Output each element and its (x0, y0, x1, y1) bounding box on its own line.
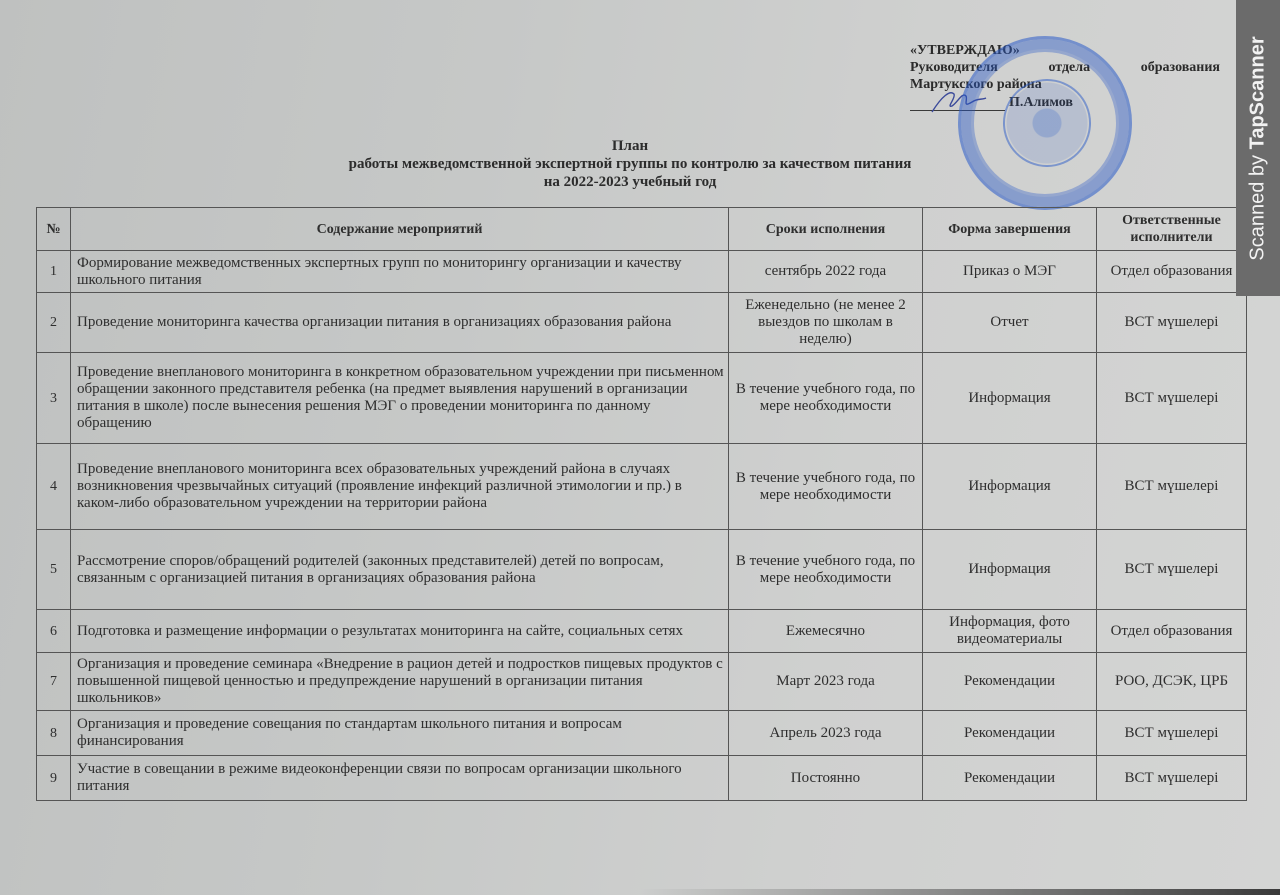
row-number: 1 (37, 251, 71, 293)
row-term: Постоянно (729, 756, 923, 801)
table-row: 1Формирование межведомственных экспертны… (37, 251, 1247, 293)
table-row: 2Проведение мониторинга качества организ… (37, 293, 1247, 353)
row-content: Проведение мониторинга качества организа… (71, 293, 729, 353)
row-content: Организация и проведение семинара «Внедр… (71, 653, 729, 711)
row-number: 8 (37, 711, 71, 756)
signature-underline (910, 98, 1005, 111)
approval-word: Руководителя (910, 59, 998, 76)
table-row: 7Организация и проведение семинара «Внед… (37, 653, 1247, 711)
row-form: Информация (923, 444, 1097, 530)
row-content: Участие в совещании в режиме видеоконфер… (71, 756, 729, 801)
title-line-2: работы межведомственной экспертной групп… (0, 155, 1260, 173)
approval-heading: «УТВЕРЖДАЮ» (910, 42, 1220, 59)
table-row: 8Организация и проведение совещания по с… (37, 711, 1247, 756)
signature-line: П.Алимов (910, 94, 1220, 111)
title-line-3: на 2022-2023 учебный год (0, 173, 1260, 191)
row-content: Подготовка и размещение информации о рез… (71, 610, 729, 653)
row-responsible: Отдел образования (1097, 251, 1247, 293)
row-number: 2 (37, 293, 71, 353)
approval-block: «УТВЕРЖДАЮ» Руководителя отдела образова… (910, 42, 1220, 111)
row-content: Формирование межведомственных экспертных… (71, 251, 729, 293)
signatory-name: П.Алимов (1009, 94, 1073, 111)
row-responsible: ВСТ мүшелері (1097, 756, 1247, 801)
approval-word: отдела (1048, 59, 1090, 76)
row-term: В течение учебного года, по мере необход… (729, 530, 923, 610)
header-num: № (37, 208, 71, 251)
page-edge-shadow (640, 889, 1280, 895)
table-row: 3Проведение внепланового мониторинга в к… (37, 353, 1247, 444)
title-line-1: План (0, 137, 1260, 155)
approval-word: образования (1141, 59, 1220, 76)
document-title: План работы межведомственной экспертной … (0, 137, 1260, 191)
row-form: Информация, фото видеоматериалы (923, 610, 1097, 653)
row-term: Март 2023 года (729, 653, 923, 711)
row-number: 6 (37, 610, 71, 653)
header-term: Сроки исполнения (729, 208, 923, 251)
row-form: Информация (923, 353, 1097, 444)
table-row: 6Подготовка и размещение информации о ре… (37, 610, 1247, 653)
row-term: Апрель 2023 года (729, 711, 923, 756)
row-form: Рекомендации (923, 653, 1097, 711)
table-row: 4Проведение внепланового мониторинга все… (37, 444, 1247, 530)
row-form: Рекомендации (923, 756, 1097, 801)
header-form: Форма завершения (923, 208, 1097, 251)
row-content: Организация и проведение совещания по ст… (71, 711, 729, 756)
header-responsible: Ответственные исполнители (1097, 208, 1247, 251)
row-form: Информация (923, 530, 1097, 610)
row-content: Проведение внепланового мониторинга в ко… (71, 353, 729, 444)
row-form: Рекомендации (923, 711, 1097, 756)
row-responsible: ВСТ мүшелері (1097, 530, 1247, 610)
header-content: Содержание мероприятий (71, 208, 729, 251)
row-responsible: ВСТ мүшелері (1097, 293, 1247, 353)
row-responsible: ВСТ мүшелері (1097, 711, 1247, 756)
row-term: Еженедельно (не менее 2 выездов по школа… (729, 293, 923, 353)
row-content: Проведение внепланового мониторинга всех… (71, 444, 729, 530)
watermark-text: Scanned by TapScanner (1247, 36, 1270, 260)
row-responsible: Отдел образования (1097, 610, 1247, 653)
row-form: Приказ о МЭГ (923, 251, 1097, 293)
row-term: В течение учебного года, по мере необход… (729, 353, 923, 444)
row-responsible: ВСТ мүшелері (1097, 353, 1247, 444)
scanner-watermark: Scanned by TapScanner (1236, 0, 1280, 296)
row-number: 5 (37, 530, 71, 610)
row-number: 7 (37, 653, 71, 711)
plan-table: № Содержание мероприятий Сроки исполнени… (36, 207, 1247, 801)
row-term: В течение учебного года, по мере необход… (729, 444, 923, 530)
table-header-row: № Содержание мероприятий Сроки исполнени… (37, 208, 1247, 251)
row-content: Рассмотрение споров/обращений родителей … (71, 530, 729, 610)
row-form: Отчет (923, 293, 1097, 353)
row-responsible: ВСТ мүшелері (1097, 444, 1247, 530)
table-row: 5Рассмотрение споров/обращений родителей… (37, 530, 1247, 610)
approval-position-line1: Руководителя отдела образования (910, 59, 1220, 76)
row-number: 9 (37, 756, 71, 801)
approval-position-line2: Мартукского района (910, 76, 1220, 93)
table-row: 9Участие в совещании в режиме видеоконфе… (37, 756, 1247, 801)
row-number: 3 (37, 353, 71, 444)
row-term: сентябрь 2022 года (729, 251, 923, 293)
row-responsible: РОО, ДСЭК, ЦРБ (1097, 653, 1247, 711)
row-number: 4 (37, 444, 71, 530)
row-term: Ежемесячно (729, 610, 923, 653)
